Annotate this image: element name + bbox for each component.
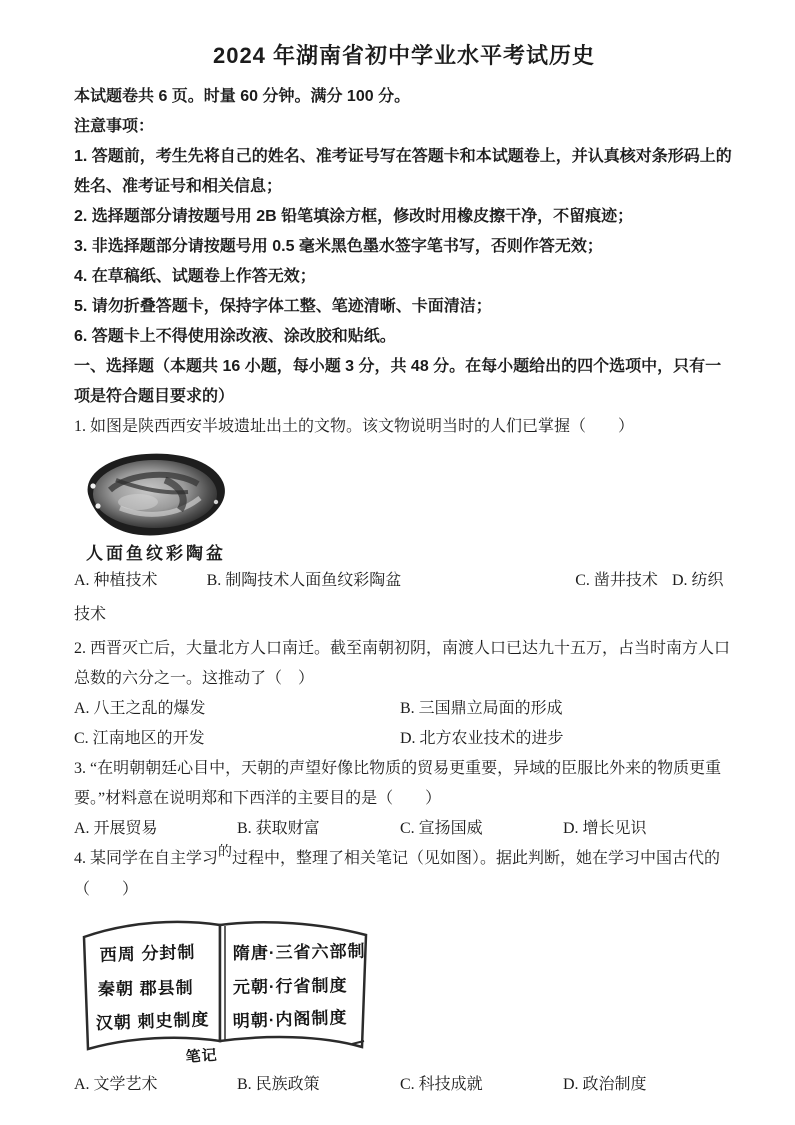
question-2-options: A. 八王之乱的爆发 B. 三国鼎立局面的形成 C. 江南地区的开发 D. 北方… <box>74 694 734 754</box>
question-2-option-b: B. 三国鼎立局面的形成 <box>400 694 734 724</box>
notebook-left-line-2: 秦朝 郡县制 <box>98 977 194 999</box>
question-3-option-a: A. 开展贸易 <box>74 814 237 844</box>
question-1: 1. 如图是陕西西安半坡遗址出土的文物。该文物说明当时的人们已掌握（ ） <box>74 412 734 634</box>
question-1-option-a: A. 种植技术 <box>74 572 158 589</box>
notebook-sketch-image: 西周 分封制 秦朝 郡县制 汉朝 刺史制度 隋唐·三省六部制 元朝·行省制度 明… <box>70 915 380 1070</box>
question-3-option-d: D. 增长见识 <box>563 814 734 844</box>
notice-item-1: 1. 答题前，考生先将自己的姓名、准考证号写在答题卡和本试题卷上，并认真核对条形… <box>74 142 734 202</box>
notice-item-5: 5. 请勿折叠答题卡，保持字体工整、笔迹清晰、卡面清洁； <box>74 292 734 322</box>
pottery-basin-caption: 人面鱼纹彩陶盆 <box>86 542 734 566</box>
notice-item-4: 4. 在草稿纸、试题卷上作答无效； <box>74 262 734 292</box>
question-1-option-b: B. 制陶技术人面鱼纹彩陶盆 <box>207 572 402 589</box>
notebook-right-line-3: 明朝·内阁制度 <box>232 1007 347 1031</box>
section-header: 6. 答题卡上不得使用涂改液、涂改胶和贴纸。 <box>74 322 734 352</box>
basin-interior <box>93 460 217 528</box>
question-4: 4. 某同学在自主学习的过程中，整理了相关笔记（见如图）。据此判断，她在学习中国… <box>74 844 734 1100</box>
pottery-basin-image <box>80 450 230 542</box>
question-3-option-b: B. 获取财富 <box>237 814 400 844</box>
question-3: 3. “在明朝朝廷心目中，天朝的声望好像比物质的贸易更重要，异域的臣服比外来的物… <box>74 754 734 844</box>
question-2: 2. 西晋灭亡后，大量北方人口南迁。截至南朝初阴，南渡人口已达九十五万，占当时南… <box>74 634 734 754</box>
question-3-options: A. 开展贸易 B. 获取财富 C. 宣扬国威 D. 增长见识 <box>74 814 734 844</box>
notice-item-2: 2. 选择题部分请按题号用 2B 铅笔填涂方框，修改时用橡皮擦干净，不留痕迹； <box>74 202 734 232</box>
question-4-options: A. 文学艺术 B. 民族政策 C. 科技成就 D. 政治制度 <box>74 1070 734 1100</box>
question-1-figure: 人面鱼纹彩陶盆 <box>80 450 734 566</box>
question-2-option-a: A. 八王之乱的爆发 <box>74 694 400 724</box>
question-4-option-b: B. 民族政策 <box>237 1070 400 1100</box>
question-1-options: A. 种植技术B. 制陶技术人面鱼纹彩陶盆C. 凿井技术D. 纺织技术 <box>74 566 734 634</box>
question-4-option-d: D. 政治制度 <box>563 1070 734 1100</box>
exam-info: 本试题卷共 6 页。时量 60 分钟。满分 100 分。 <box>74 82 734 112</box>
notice-item-3: 3. 非选择题部分请按题号用 0.5 毫米黑色墨水签字笔书写，否则作答无效； <box>74 232 734 262</box>
notebook-left-line-3: 汉朝 刺史制度 <box>95 1009 209 1033</box>
page-title: 2024 年湖南省初中学业水平考试历史 <box>74 40 734 72</box>
question-4-stem-pre: 4. 某同学在自主学习 <box>74 850 218 867</box>
question-1-option-c: C. 凿井技术 <box>575 572 658 589</box>
section-choice-header: 一、选择题（本题共 16 小题，每小题 3 分，共 48 分。在每小题给出的四个… <box>74 352 734 412</box>
question-3-stem: 3. “在明朝朝廷心目中，天朝的声望好像比物质的贸易更重要，异域的臣服比外来的物… <box>74 754 734 814</box>
question-4-option-c: C. 科技成就 <box>400 1070 563 1100</box>
question-4-figure: 西周 分封制 秦朝 郡县制 汉朝 刺史制度 隋唐·三省六部制 元朝·行省制度 明… <box>70 915 734 1070</box>
question-4-stem-superscript: 的 <box>218 845 232 860</box>
question-2-stem: 2. 西晋灭亡后，大量北方人口南迁。截至南朝初阴，南渡人口已达九十五万，占当时南… <box>74 634 734 694</box>
question-4-stem: 4. 某同学在自主学习的过程中，整理了相关笔记（见如图）。据此判断，她在学习中国… <box>74 844 734 905</box>
question-2-option-d: D. 北方农业技术的进步 <box>400 724 734 754</box>
question-4-option-a: A. 文学艺术 <box>74 1070 237 1100</box>
question-1-stem: 1. 如图是陕西西安半坡遗址出土的文物。该文物说明当时的人们已掌握（ ） <box>74 412 734 442</box>
exam-paper-page: 2024 年湖南省初中学业水平考试历史 本试题卷共 6 页。时量 60 分钟。满… <box>0 0 795 1125</box>
question-2-option-c: C. 江南地区的开发 <box>74 724 400 754</box>
question-3-option-c: C. 宣扬国威 <box>400 814 563 844</box>
notice-header: 注意事项： <box>74 112 734 142</box>
notebook-right-line-2: 元朝·行省制度 <box>233 975 348 997</box>
notebook-caption: 笔记 <box>185 1046 218 1066</box>
notebook-left-line-1: 西周 分封制 <box>99 942 195 965</box>
notebook-right-line-1: 隋唐·三省六部制 <box>233 941 366 963</box>
